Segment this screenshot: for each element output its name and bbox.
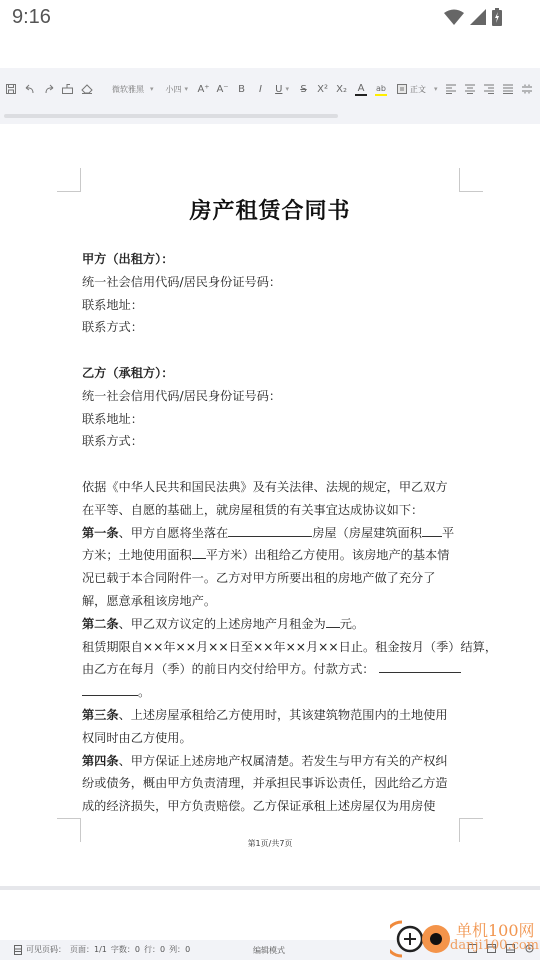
line-spacing-button[interactable] [518, 80, 537, 98]
party-a-heading: 甲方（出租方）： [82, 248, 462, 271]
align-left-icon [446, 84, 456, 94]
align-left-button[interactable] [442, 80, 461, 98]
article-separator: 、 [119, 708, 131, 722]
align-center-icon [465, 84, 475, 94]
intro-line: 依据《中华人民共和国民法典》及有关法律、法规的规定，甲乙双方 [82, 476, 462, 499]
margin-corner-top-left [57, 168, 81, 192]
page-icon [14, 945, 22, 955]
article-text: 甲方自愿将坐落在 [131, 526, 229, 540]
article-2-label: 第二条 [82, 617, 119, 631]
site-watermark: 单机100网 danji100.com [390, 916, 540, 960]
blank-line [82, 453, 462, 476]
clock: 9:16 [12, 6, 51, 29]
underline-label: U [275, 84, 282, 95]
battery-charging-icon [492, 8, 502, 26]
paragraph-style-value: 正文 [410, 84, 426, 95]
row-label: 行： [144, 944, 160, 955]
highlight-icon: ab [376, 83, 386, 94]
article-text: 平方米）出租给乙方使用。该房地产的基本情 [206, 548, 450, 562]
rent-amount-blank[interactable] [326, 614, 340, 628]
font-family-value: 微软雅黑 [112, 84, 144, 95]
toolbar-scrollbar[interactable] [4, 114, 338, 118]
word-count-value: 0 [135, 945, 140, 954]
article-separator: 、 [119, 617, 131, 631]
save-icon [6, 84, 16, 94]
article-1-line: 方米；土地使用面积平方米）出租给乙方使用。该房地产的基本情 [82, 544, 462, 567]
article-4-line: 成的经济损失，甲方负责赔偿。乙方保证承租上述房屋仅为用房使 [82, 795, 462, 818]
font-color-icon: A [358, 83, 365, 94]
strikethrough-button[interactable]: S [294, 80, 313, 98]
eraser-icon [81, 84, 93, 94]
status-icons [444, 8, 502, 26]
building-area-blank[interactable] [422, 523, 442, 537]
article-2-line: 第二条、甲乙双方议定的上述房地产月租金为元。 [82, 613, 462, 636]
party-b-id-label: 统一社会信用代码/居民身份证号码： [82, 385, 462, 408]
page-label: 页面： [70, 944, 94, 955]
article-3-label: 第三条 [82, 708, 119, 722]
line-spacing-icon [522, 84, 532, 94]
article-4-line: 第四条、甲方保证上述房地产权属清楚。若发生与甲方有关的产权纠 [82, 750, 462, 773]
party-a-address-label: 联系地址： [82, 294, 462, 317]
party-a-contact-label: 联系方式： [82, 316, 462, 339]
chevron-down-icon: ▾ [434, 85, 438, 93]
location-blank[interactable] [228, 523, 312, 537]
paragraph-style-icon [397, 84, 407, 94]
watermark-url: danji100.com [450, 938, 539, 953]
article-2-line: 租赁期限自××年××月××日至××年××月××日止。租金按月（季）结算， [82, 636, 462, 659]
payment-method-blank[interactable] [379, 659, 461, 673]
document-stats: 可见页码： 页面： 1/1 字数： 0 行： 0 列： 0 [14, 944, 190, 955]
undo-button[interactable] [20, 80, 39, 98]
system-status-bar: 9:16 [0, 0, 540, 36]
party-a-id-label: 统一社会信用代码/居民身份证号码： [82, 271, 462, 294]
party-b-address-label: 联系地址： [82, 408, 462, 431]
watermark-logo-icon [390, 916, 456, 960]
article-1-line: 第一条、甲方自愿将坐落在房屋（房屋建筑面积平 [82, 522, 462, 545]
article-3-line: 第三条、上述房屋承租给乙方使用时，其该建筑物范围内的土地使用 [82, 704, 462, 727]
edit-mode-indicator[interactable]: 编辑模式 [253, 945, 285, 956]
decrease-font-button[interactable]: A⁻ [213, 80, 232, 98]
article-text: 由乙方在每月（季）的前日内交付给甲方。付款方式： [82, 662, 375, 676]
bold-button[interactable]: B [232, 80, 251, 98]
clear-format-button[interactable] [77, 80, 96, 98]
save-button[interactable] [1, 80, 20, 98]
party-b-heading: 乙方（承租方）： [82, 362, 462, 385]
font-size-value: 小四 [166, 84, 182, 95]
margin-corner-top-right [459, 168, 483, 192]
app-header-spacer [0, 36, 540, 68]
article-separator: 、 [119, 526, 131, 540]
paragraph-style-select[interactable]: 正文 ▾ [397, 80, 438, 98]
document-title: 房产租赁合同书 [0, 194, 540, 225]
redo-icon [44, 84, 54, 94]
superscript-button[interactable]: X² [313, 80, 332, 98]
page-value: 1/1 [94, 945, 107, 954]
chevron-down-icon: ▾ [285, 85, 289, 93]
highlight-swatch [375, 94, 387, 96]
font-color-swatch [355, 94, 367, 96]
chevron-down-icon: ▾ [150, 85, 154, 93]
redo-button[interactable] [39, 80, 58, 98]
format-painter-button[interactable] [58, 80, 77, 98]
payment-method-blank-cont[interactable] [82, 682, 138, 696]
align-justify-button[interactable] [499, 80, 518, 98]
article-text: 甲乙双方议定的上述房地产月租金为 [131, 617, 326, 631]
article-1-line: 解，愿意承租该房地产。 [82, 590, 462, 613]
page-number-footer: 第1页/共7页 [0, 838, 540, 849]
toolbar-row: 微软雅黑▾ 小四▾ A⁺ A⁻ B I U▾ S X² X₂ A ab 正文 ▾ [0, 80, 537, 98]
align-right-icon [484, 84, 494, 94]
italic-button[interactable]: I [251, 80, 270, 98]
article-2-line: 。 [82, 681, 462, 704]
party-b-contact-label: 联系方式： [82, 430, 462, 453]
cellular-signal-icon [470, 9, 486, 25]
article-text: 上述房屋承租给乙方使用时，其该建筑物范围内的土地使用 [131, 708, 448, 722]
article-text: 甲方保证上述房地产权属清楚。若发生与甲方有关的产权纠 [131, 754, 448, 768]
document-body[interactable]: 甲方（出租方）： 统一社会信用代码/居民身份证号码： 联系地址： 联系方式： 乙… [82, 248, 462, 818]
col-label: 列： [169, 944, 185, 955]
align-right-button[interactable] [480, 80, 499, 98]
col-value: 0 [185, 945, 190, 954]
article-text: 方米；土地使用面积 [82, 548, 192, 562]
word-count-label: 字数： [111, 944, 135, 955]
undo-icon [25, 84, 35, 94]
article-text: 平 [442, 526, 454, 540]
row-value: 0 [160, 945, 165, 954]
highlight-button[interactable]: ab [371, 80, 391, 98]
visible-page-label: 可见页码： [26, 944, 66, 955]
format-painter-icon [62, 84, 73, 94]
font-family-select[interactable]: 微软雅黑▾ [106, 80, 160, 98]
document-page[interactable]: 房产租赁合同书 甲方（出租方）： 统一社会信用代码/居民身份证号码： 联系地址：… [0, 124, 540, 886]
subscript-button[interactable]: X₂ [332, 80, 351, 98]
align-justify-icon [503, 84, 513, 94]
wifi-icon [444, 9, 464, 25]
underline-button[interactable]: U▾ [270, 80, 294, 98]
font-color-button[interactable]: A [351, 80, 371, 98]
intro-line: 在平等、自愿的基础上，就房屋租赁的有关事宜达成协议如下： [82, 499, 462, 522]
article-text: 房屋（房屋建筑面积 [312, 526, 422, 540]
chevron-down-icon: ▾ [185, 85, 189, 93]
article-4-line: 纷或债务，概由甲方负责清理，并承担民事诉讼责任，因此给乙方造 [82, 772, 462, 795]
increase-font-button[interactable]: A⁺ [194, 80, 213, 98]
article-1-line: 况已载于本合同附件一。乙方对甲方所要出租的房地产做了充分了 [82, 567, 462, 590]
font-size-select[interactable]: 小四▾ [160, 80, 195, 98]
align-center-button[interactable] [461, 80, 480, 98]
article-2-line: 由乙方在每月（季）的前日内交付给甲方。付款方式： [82, 658, 462, 681]
article-1-label: 第一条 [82, 526, 119, 540]
article-3-line: 权同时由乙方使用。 [82, 727, 462, 750]
article-4-label: 第四条 [82, 754, 119, 768]
article-separator: 、 [119, 754, 131, 768]
blank-line [82, 339, 462, 362]
article-text: 。 [138, 685, 150, 699]
land-area-blank[interactable] [192, 545, 206, 559]
article-text: 元。 [340, 617, 364, 631]
formatting-toolbar: 微软雅黑▾ 小四▾ A⁺ A⁻ B I U▾ S X² X₂ A ab 正文 ▾ [0, 68, 540, 124]
